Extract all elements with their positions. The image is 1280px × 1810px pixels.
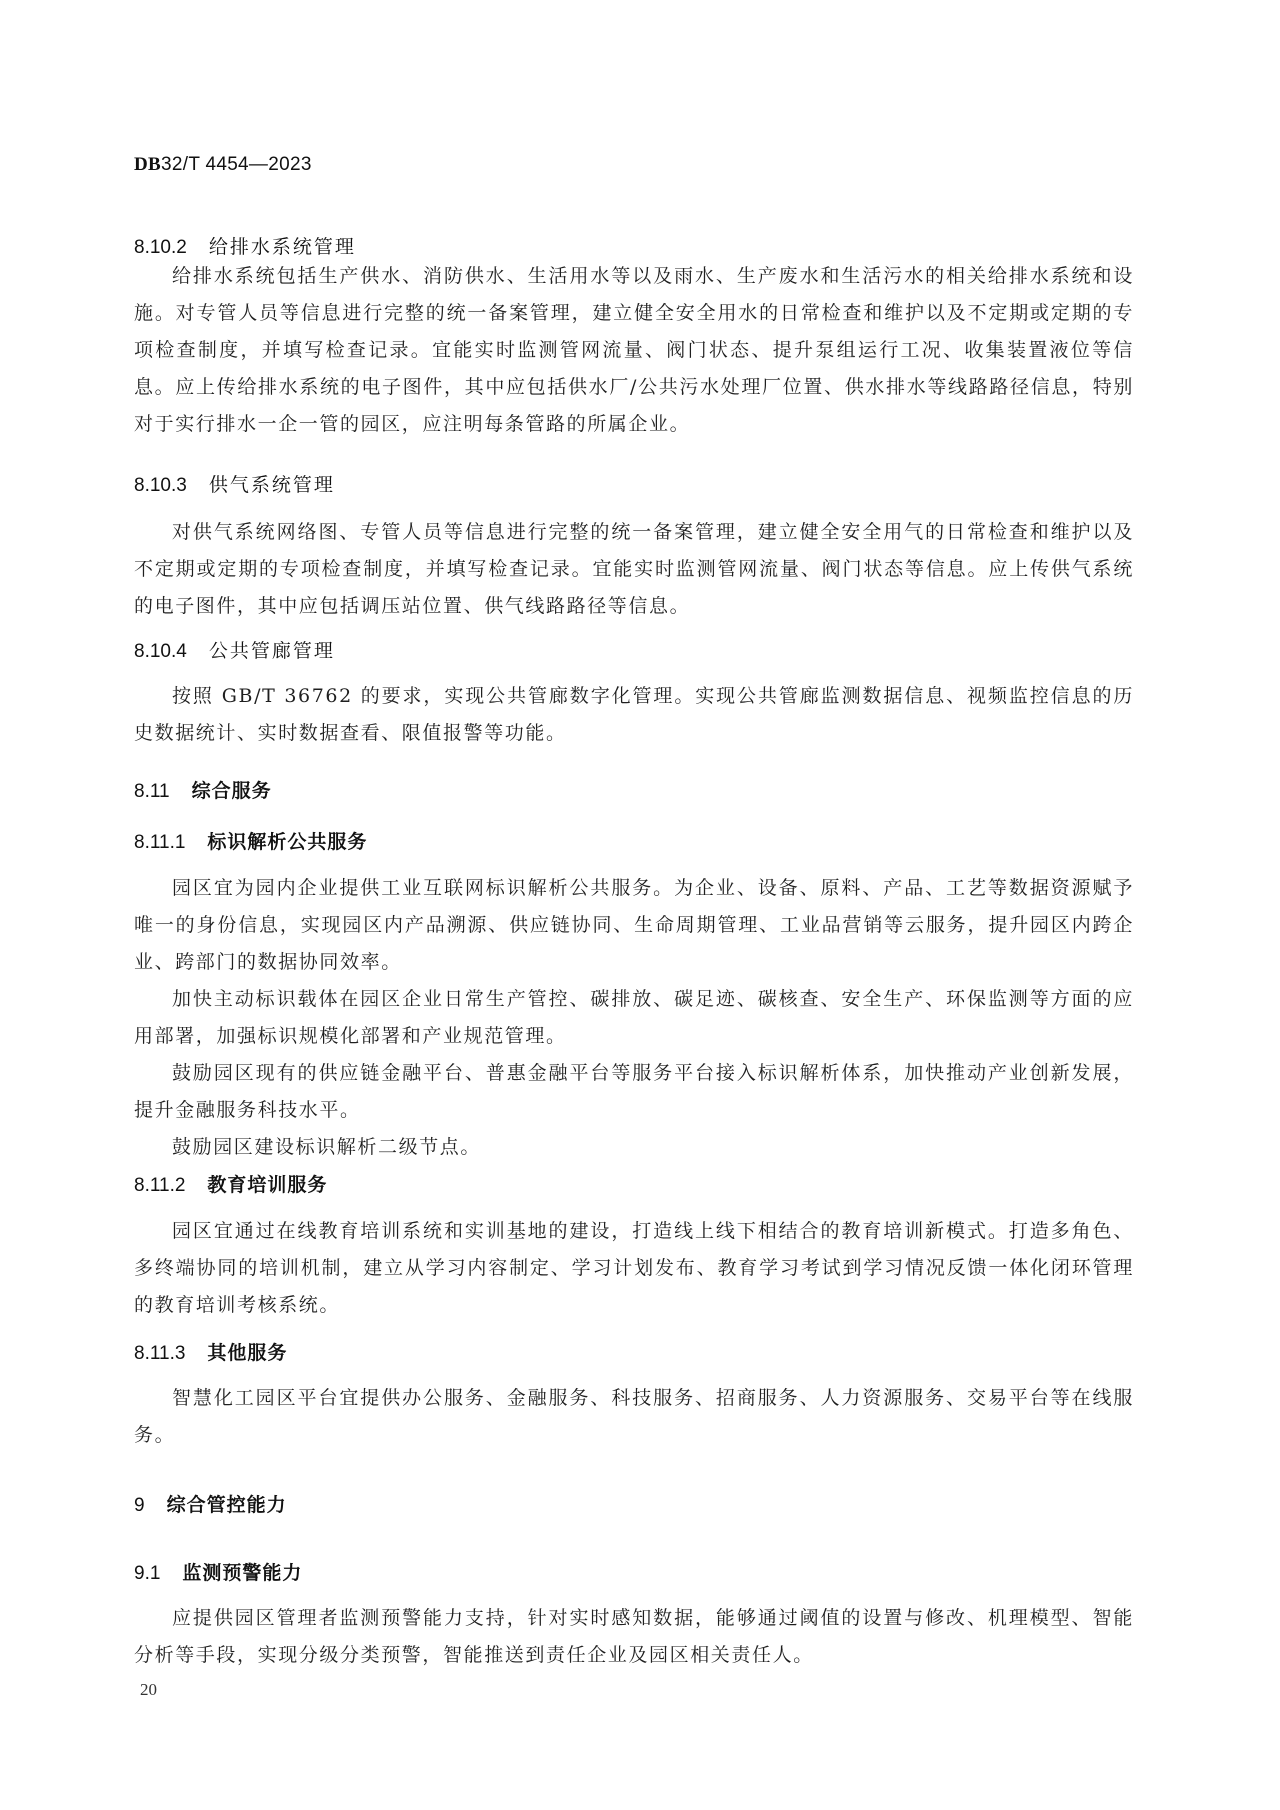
section-number: 8.11 [134, 781, 170, 803]
section-heading-8-10-4: 8.10.4公共管廊管理 [134, 636, 335, 663]
section-heading-9: 9综合管控能力 [134, 1490, 287, 1517]
document-page: DB32/T 4454—2023 8.10.2给排水系统管理 给排水系统包括生产… [0, 0, 1280, 1810]
standard-prefix: DB [134, 154, 161, 175]
section-number: 8.11.2 [134, 1175, 185, 1197]
section-title: 监测预警能力 [182, 1563, 302, 1584]
paragraph-identifier-service-3: 鼓励园区现有的供应链金融平台、普惠金融平台等服务平台接入标识解析体系，加快推动产… [134, 1055, 1134, 1129]
section-number: 8.11.1 [134, 832, 185, 854]
section-title: 教育培训服务 [207, 1175, 327, 1196]
paragraph-identifier-service-1: 园区宜为园内企业提供工业互联网标识解析公共服务。为企业、设备、原料、产品、工艺等… [134, 870, 1134, 981]
section-number: 8.11.3 [134, 1343, 185, 1365]
paragraph-identifier-service-4: 鼓励园区建设标识解析二级节点。 [134, 1129, 1134, 1166]
paragraph-gas-system: 对供气系统网络图、专管人员等信息进行完整的统一备案管理，建立健全安全用气的日常检… [134, 514, 1134, 625]
section-heading-8-11-2: 8.11.2教育培训服务 [134, 1170, 327, 1197]
section-number: 8.10.2 [134, 237, 187, 259]
section-heading-8-10-2: 8.10.2给排水系统管理 [134, 232, 356, 259]
section-number: 8.10.4 [134, 641, 187, 663]
section-heading-8-11: 8.11综合服务 [134, 776, 272, 803]
section-title: 公共管廊管理 [209, 641, 335, 662]
paragraph-water-system: 给排水系统包括生产供水、消防供水、生活用水等以及雨水、生产废水和生活污水的相关给… [134, 258, 1134, 443]
section-title: 供气系统管理 [209, 475, 335, 496]
section-heading-9-1: 9.1监测预警能力 [134, 1558, 302, 1585]
section-heading-8-10-3: 8.10.3供气系统管理 [134, 470, 335, 497]
paragraph-other-services: 智慧化工园区平台宜提供办公服务、金融服务、科技服务、招商服务、人力资源服务、交易… [134, 1380, 1134, 1454]
standard-code-header: DB32/T 4454—2023 [134, 154, 312, 176]
section-number: 9 [134, 1495, 145, 1517]
paragraph-utility-tunnel: 按照 GB/T 36762 的要求，实现公共管廊数字化管理。实现公共管廊监测数据… [134, 678, 1134, 752]
section-heading-8-11-1: 8.11.1标识解析公共服务 [134, 827, 367, 854]
paragraph-education-training: 园区宜通过在线教育培训系统和实训基地的建设，打造线上线下相结合的教育培训新模式。… [134, 1213, 1134, 1324]
section-number: 8.10.3 [134, 475, 187, 497]
section-title: 综合管控能力 [167, 1495, 287, 1516]
paragraph-monitoring-warning: 应提供园区管理者监测预警能力支持，针对实时感知数据，能够通过阈值的设置与修改、机… [134, 1600, 1134, 1674]
page-number: 20 [140, 1680, 157, 1700]
section-title: 给排水系统管理 [209, 237, 356, 258]
section-title: 标识解析公共服务 [207, 832, 367, 853]
section-heading-8-11-3: 8.11.3其他服务 [134, 1338, 287, 1365]
standard-number: 32/T 4454—2023 [161, 154, 312, 175]
section-title: 综合服务 [192, 781, 272, 802]
paragraph-identifier-service-2: 加快主动标识载体在园区企业日常生产管控、碳排放、碳足迹、碳核查、安全生产、环保监… [134, 981, 1134, 1055]
section-number: 9.1 [134, 1563, 160, 1585]
section-title: 其他服务 [207, 1343, 287, 1364]
